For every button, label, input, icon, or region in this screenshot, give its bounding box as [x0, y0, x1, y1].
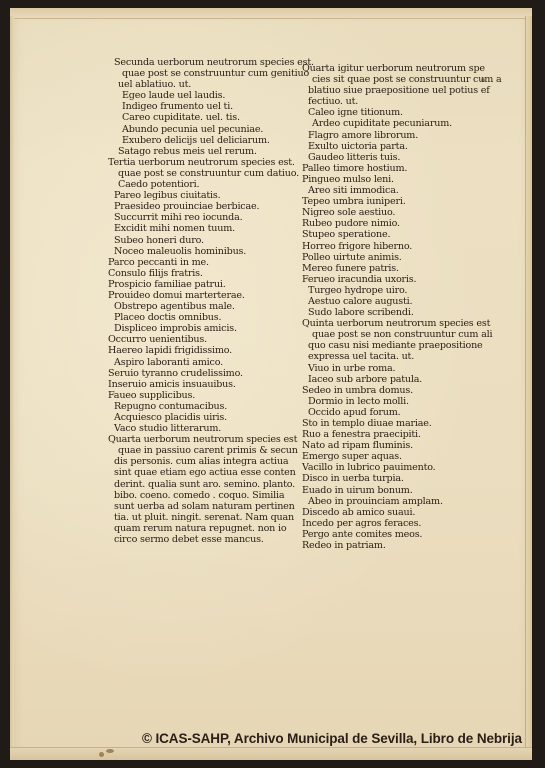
text-line: uel ablatiuo. ut.: [108, 79, 293, 90]
text-line: expressa uel tacita. ut.: [302, 351, 492, 362]
text-line: Obstrepo agentibus male.: [108, 301, 293, 312]
text-line: Occido apud forum.: [302, 407, 492, 418]
text-line: Sto in templo diuae mariae.: [302, 418, 492, 429]
text-line: Parco peccanti in me.: [108, 257, 293, 268]
text-line: Polleo uirtute animis.: [302, 252, 492, 263]
text-line: Acquiesco placidis uiris.: [108, 412, 293, 423]
text-line: Praesideo prouinciae berbicae.: [108, 201, 293, 212]
text-line: sint quae etiam ego actiua esse conten: [108, 467, 293, 478]
text-line: Horreo frigore hiberno.: [302, 241, 492, 252]
text-line: Incedo per agros feraces.: [302, 518, 492, 529]
text-line: Aestuo calore augusti.: [302, 296, 492, 307]
text-line: Exubero delicijs uel deliciarum.: [108, 135, 293, 146]
text-line: Secunda uerborum neutrorum species est.: [108, 57, 293, 68]
text-line: quae post se non construuntur cum ali: [302, 329, 492, 340]
page-top-edge: [10, 8, 532, 19]
text-line: Quinta uerborum neutrorum species est: [302, 318, 492, 329]
text-line: Palleo timore hostium.: [302, 163, 492, 174]
text-line: Gaudeo litteris tuis.: [302, 152, 492, 163]
text-line: Pareo legibus ciuitatis.: [108, 190, 293, 201]
text-line: Discedo ab amico suaui.: [302, 507, 492, 518]
text-line: cies sit quae post se construuntur cum a: [302, 74, 492, 85]
text-line: Vaco studio litterarum.: [108, 423, 293, 434]
text-line: Placeo doctis omnibus.: [108, 312, 293, 323]
text-line: Aspiro laboranti amico.: [108, 357, 293, 368]
text-line: quae in passiuo carent primis & secun: [108, 445, 293, 456]
text-line: Mereo funere patris.: [302, 263, 492, 274]
text-line: sunt uerba ad solam naturam pertinen: [108, 501, 293, 512]
text-line: Tertia uerborum neutrorum species est.: [108, 157, 293, 168]
text-line: bibo. coeno. comedo . coquo. Similia: [108, 490, 293, 501]
text-line: Egeo laude uel laudis.: [108, 90, 293, 101]
text-line: Iaceo sub arbore patula.: [302, 374, 492, 385]
ink-stain: [106, 749, 114, 753]
text-line: Sudo labore scribendi.: [302, 307, 492, 318]
copyright-caption: © ICAS-SAHP, Archivo Municipal de Sevill…: [142, 731, 522, 746]
text-line: quae post se construuntur cum datiuo.: [108, 168, 293, 179]
text-line: Careo cupiditate. uel. tis.: [108, 112, 293, 123]
right-text-column: Quarta igitur uerborum neutrorum species…: [302, 63, 492, 551]
text-line: Ruo a fenestra praecipiti.: [302, 429, 492, 440]
text-line: Flagro amore librorum.: [302, 130, 492, 141]
text-line: Sedeo in umbra domus.: [302, 385, 492, 396]
text-line: Exulto uictoria parta.: [302, 141, 492, 152]
text-line: quo casu nisi mediante praepositione: [302, 340, 492, 351]
text-line: Satago rebus meis uel rerum.: [108, 146, 293, 157]
text-line: Haereo lapidi frigidissimo.: [108, 345, 293, 356]
text-line: Emergo super aquas.: [302, 451, 492, 462]
text-line: Viuo in urbe roma.: [302, 363, 492, 374]
text-line: Repugno contumacibus.: [108, 401, 293, 412]
text-line: Euado in uirum bonum.: [302, 485, 492, 496]
text-line: Tepeo umbra iuniperi.: [302, 196, 492, 207]
text-line: dis personis. cum alias integra actiua: [108, 456, 293, 467]
text-line: Ferueo iracundia uxoris.: [302, 274, 492, 285]
text-line: Pergo ante comites meos.: [302, 529, 492, 540]
scanned-page-image: Secunda uerborum neutrorum species est.q…: [0, 0, 545, 768]
text-line: Rubeo pudore nimio.: [302, 218, 492, 229]
left-text-column: Secunda uerborum neutrorum species est.q…: [108, 57, 293, 545]
text-line: tia. ut pluit. ningit. serenat. Nam quan: [108, 512, 293, 523]
text-line: quae post se construuntur cum genitiuo: [108, 68, 293, 79]
text-line: Quarta uerborum neutrorum species est: [108, 434, 293, 445]
text-line: Vacillo in lubrico pauimento.: [302, 462, 492, 473]
text-line: Areo siti immodica.: [302, 185, 492, 196]
text-line: Prouideo domui marterterae.: [108, 290, 293, 301]
text-line: Succurrit mihi reo iocunda.: [108, 212, 293, 223]
page-right-edge: [525, 16, 532, 752]
text-line: fectiuo. ut.: [302, 96, 492, 107]
text-line: derint. qualia sunt aro. semino. planto.: [108, 479, 293, 490]
text-line: Excidit mihi nomen tuum.: [108, 223, 293, 234]
text-line: Quarta igitur uerborum neutrorum spe: [302, 63, 492, 74]
text-line: Inseruio amicis insuauibus.: [108, 379, 293, 390]
text-line: Nigreo sole aestiuo.: [302, 207, 492, 218]
text-line: Abeo in prouinciam amplam.: [302, 496, 492, 507]
ink-stain: [99, 752, 104, 757]
text-line: Disco in uerba turpia.: [302, 473, 492, 484]
text-line: Consulo filijs fratris.: [108, 268, 293, 279]
text-line: Caleo igne titionum.: [302, 107, 492, 118]
text-line: circo sermo debet esse mancus.: [108, 534, 293, 545]
text-line: Abundo pecunia uel pecuniae.: [108, 124, 293, 135]
text-line: Prospicio familiae patrui.: [108, 279, 293, 290]
text-line: Occurro uenientibus.: [108, 334, 293, 345]
text-line: Displiceo improbis amicis.: [108, 323, 293, 334]
text-line: Pingueo mulso leni.: [302, 174, 492, 185]
text-line: Seruio tyranno crudelissimo.: [108, 368, 293, 379]
text-line: blatiuo siue praepositione uel potius ef: [302, 85, 492, 96]
text-line: Redeo in patriam.: [302, 540, 492, 551]
text-line: Nato ad ripam fluminis.: [302, 440, 492, 451]
page-bottom-edge: [10, 747, 532, 760]
text-line: quam rerum natura repugnet. non io: [108, 523, 293, 534]
text-line: Indigeo frumento uel ti.: [108, 101, 293, 112]
page-left-edge: [10, 16, 14, 752]
text-line: Faueo supplicibus.: [108, 390, 293, 401]
text-line: Dormio in lecto molli.: [302, 396, 492, 407]
text-line: Turgeo hydrope uiro.: [302, 285, 492, 296]
text-line: Caedo potentiori.: [108, 179, 293, 190]
text-line: Ardeo cupiditate pecuniarum.: [302, 118, 492, 129]
text-line: Subeo honeri duro.: [108, 235, 293, 246]
text-line: Noceo maleuolis hominibus.: [108, 246, 293, 257]
text-line: Stupeo speratione.: [302, 229, 492, 240]
